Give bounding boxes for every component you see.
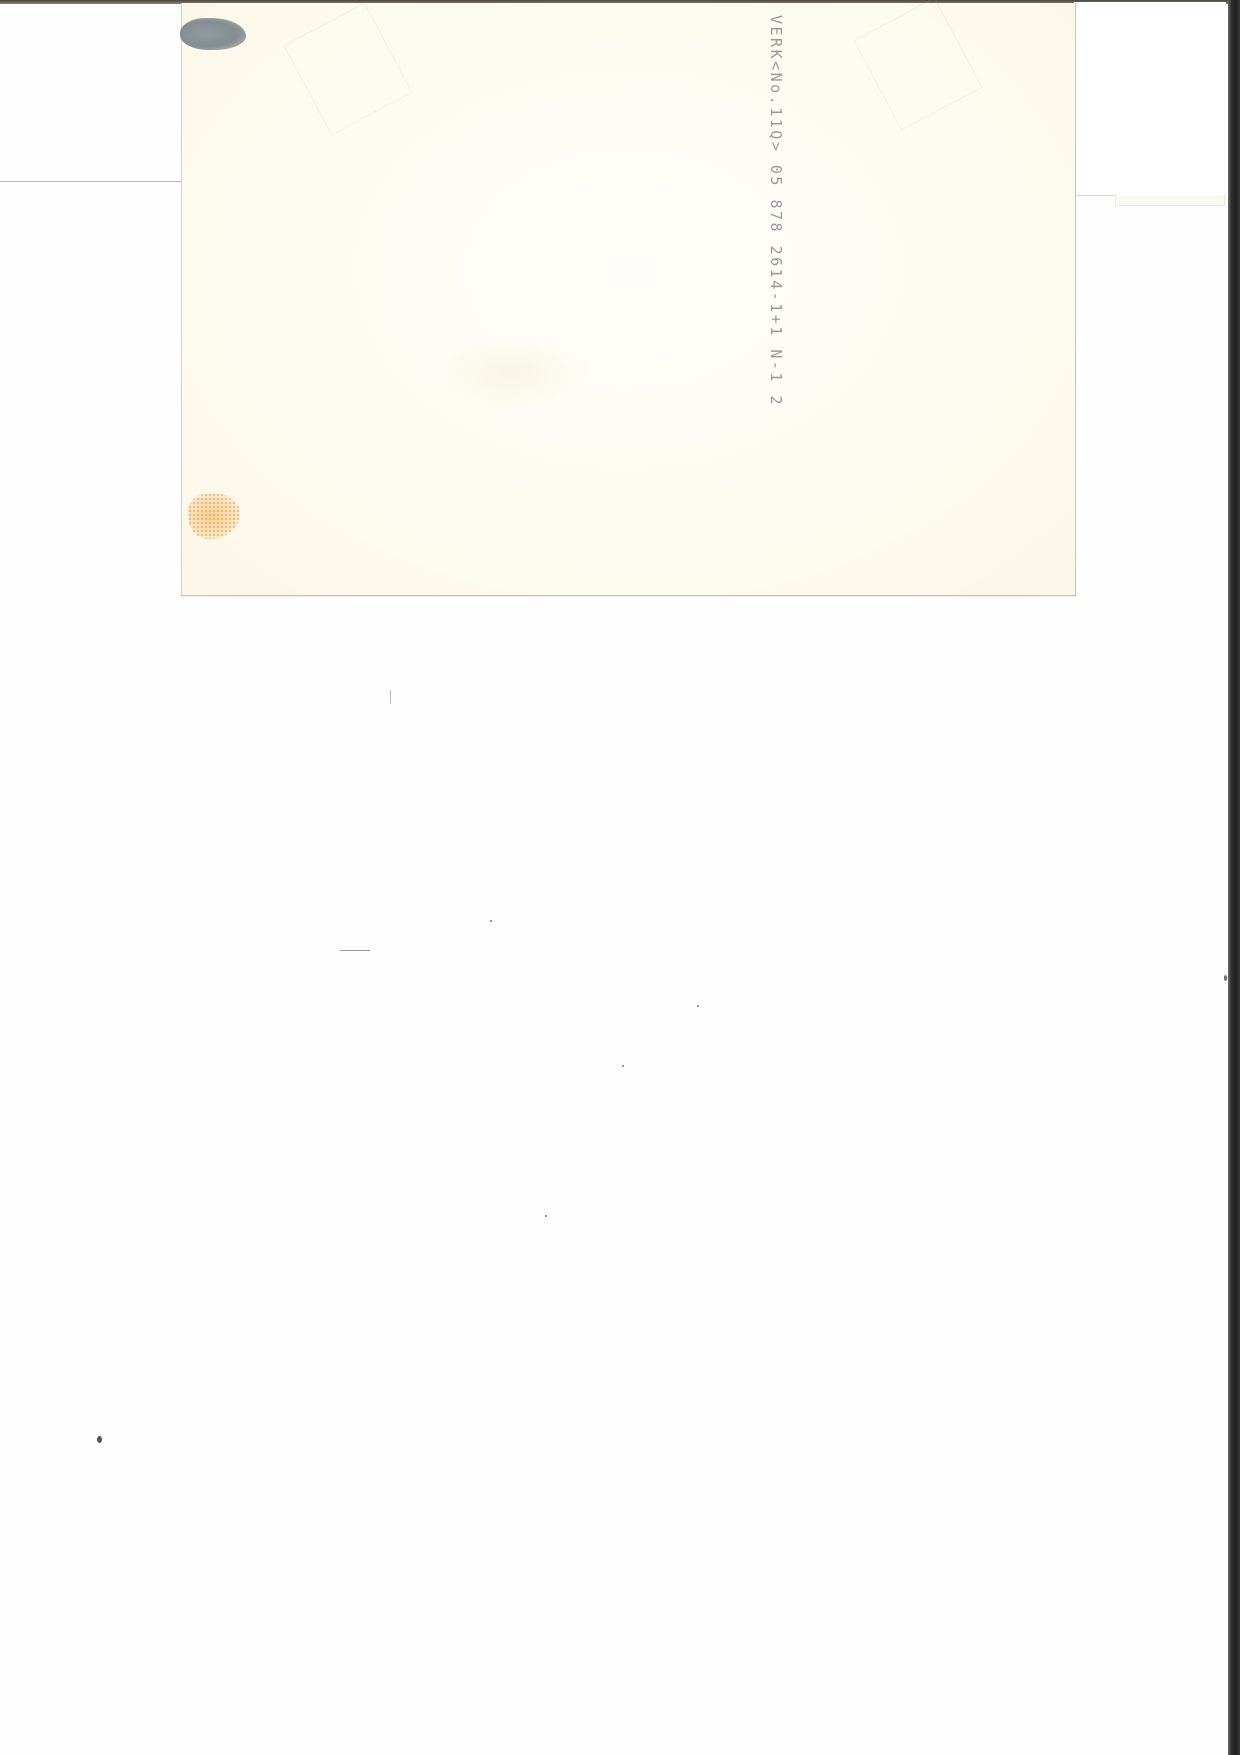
back-sheet-right [1074, 2, 1226, 196]
back-sheet-tab [1115, 195, 1225, 206]
dust-speck [697, 1005, 699, 1007]
watermark-mark-right [853, 0, 982, 131]
dust-speck [545, 1215, 547, 1217]
dust-speck [97, 1436, 102, 1443]
back-sheet-edge-left [0, 181, 182, 182]
stain-mark [188, 493, 240, 539]
photo-card-back: VERK<No.11Q> 05 878 2614-1+1 N-1 2 [181, 3, 1076, 596]
scan-right-border [1228, 0, 1240, 1755]
scanned-page: VERK<No.11Q> 05 878 2614-1+1 N-1 2 [0, 0, 1240, 1755]
dust-speck [622, 1065, 624, 1067]
dust-speck [390, 690, 391, 704]
tape-residue [180, 18, 246, 50]
dust-speck [490, 920, 492, 922]
watermark-script [432, 333, 592, 413]
watermark-mark-left [283, 2, 412, 135]
dust-speck [340, 950, 370, 951]
printed-code: VERK<No.11Q> 05 878 2614-1+1 N-1 2 [767, 15, 785, 407]
dust-speck [1224, 975, 1227, 981]
